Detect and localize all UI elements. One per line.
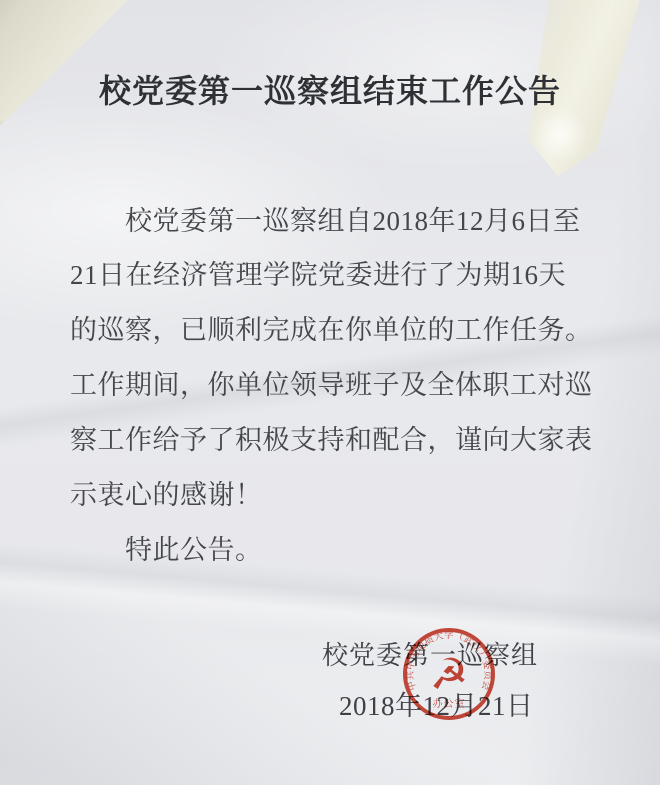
seal-graphic: 中共中国地质大学（武汉）委员会 ☭ 办公室	[401, 626, 497, 722]
body-line-3: 的巡察，已顺利完成在你单位的工作任务。	[70, 308, 610, 347]
official-seal: 中共中国地质大学（武汉）委员会 ☭ 办公室	[401, 626, 497, 722]
body-line-5: 察工作给予了积极支持和配合，谨向大家表	[70, 418, 610, 457]
seal-bottom-text: 办公室	[433, 697, 466, 710]
notice-title: 校党委第一巡察组结束工作公告	[0, 66, 660, 112]
hammer-sickle-icon: ☭	[430, 650, 469, 700]
body-line-1: 校党委第一巡察组自2018年12月6日至	[70, 199, 660, 238]
notice-photo: 校党委第一巡察组结束工作公告 校党委第一巡察组自2018年12月6日至 21日在…	[0, 0, 660, 785]
body-line-6: 示衷心的感谢！	[70, 473, 610, 512]
body-line-2: 21日在经济管理学院党委进行了为期16天	[70, 253, 610, 292]
body-line-7: 特此公告。	[70, 528, 660, 567]
body-line-4: 工作期间，你单位领导班子及全体职工对巡	[70, 363, 610, 402]
